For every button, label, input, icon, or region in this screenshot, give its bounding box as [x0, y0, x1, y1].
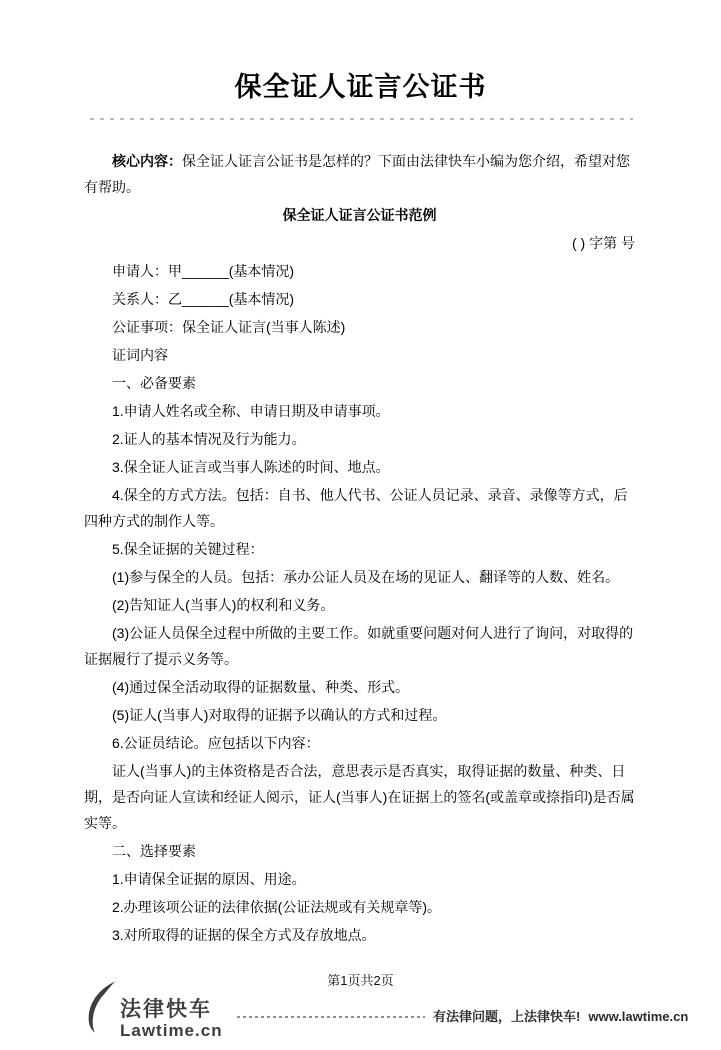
doc-paragraph: ( ) 字第 号: [84, 230, 635, 256]
footer-slogan-text: 有法律问题，上法律快车!: [433, 1009, 580, 1024]
doc-paragraph: 公证事项：保全证人证言(当事人陈述): [84, 314, 635, 340]
paragraph-lead: 核心内容：: [112, 153, 182, 169]
doc-paragraph: 2.证人的基本情况及行为能力。: [84, 426, 635, 452]
logo-name-en: Lawtime.cn: [120, 1021, 223, 1040]
document-page: 保全证人证言公证书 核心内容：保全证人证言公证书是怎样的？下面由法律快车小编为您…: [0, 0, 721, 1050]
page-footer: 第1页共2页 法律快车 Lawtime.cn 有法律问题，上法律快车!www.l…: [0, 970, 721, 1050]
doc-paragraph: 5.保全证据的关键过程：: [84, 536, 635, 562]
doc-paragraph: (2)告知证人(当事人)的权利和义务。: [84, 592, 635, 618]
doc-paragraph: 2.办理该项公证的法律依据(公证法规或有关规章等)。: [84, 894, 635, 920]
doc-paragraph: 关系人：乙______(基本情况): [84, 286, 635, 312]
doc-paragraph: 二、选择要素: [84, 838, 635, 864]
doc-paragraph: 1.申请保全证据的原因、用途。: [84, 866, 635, 892]
doc-paragraph: 3.保全证人证言或当事人陈述的时间、地点。: [84, 454, 635, 480]
doc-paragraph: 1.申请人姓名或全称、申请日期及申请事项。: [84, 398, 635, 424]
doc-paragraph: (1)参与保全的人员。包括：承办公证人员及在场的见证人、翻译等的人数、姓名。: [84, 564, 635, 590]
doc-paragraph: 保全证人证言公证书范例: [84, 202, 635, 228]
footer-divider: [237, 1016, 425, 1018]
swoosh-icon: [86, 979, 116, 1040]
page-title: 保全证人证言公证书: [0, 0, 721, 104]
doc-paragraph: (5)证人(当事人)对取得的证据予以确认的方式和过程。: [84, 702, 635, 728]
doc-paragraph: (4)通过保全活动取得的证据数量、种类、形式。: [84, 674, 635, 700]
doc-paragraph: (3)公证人员保全过程中所做的主要工作。如就重要问题对何人进行了询问，对取得的证…: [84, 620, 635, 672]
doc-paragraph: 3.对所取得的证据的保全方式及存放地点。: [84, 922, 635, 948]
doc-paragraph: 证人(当事人)的主体资格是否合法，意思表示是否真实，取得证据的数量、种类、日期，…: [84, 758, 635, 836]
doc-paragraph: 申请人：甲______(基本情况): [84, 258, 635, 284]
doc-paragraph: 证词内容: [84, 342, 635, 368]
logo-text: 法律快车 Lawtime.cn: [120, 998, 223, 1040]
footer-url: www.lawtime.cn: [588, 1009, 688, 1024]
logo-name-cn: 法律快车: [120, 998, 223, 1021]
footer-slogan-line: 有法律问题，上法律快车!www.lawtime.cn: [433, 1006, 688, 1025]
doc-paragraph: 核心内容：保全证人证言公证书是怎样的？下面由法律快车小编为您介绍，希望对您有帮助…: [84, 148, 635, 200]
title-divider: [90, 118, 633, 120]
doc-paragraph: 6.公证员结论。应包括以下内容：: [84, 730, 635, 756]
lawtime-logo: 法律快车 Lawtime.cn: [86, 979, 223, 1040]
doc-paragraph: 一、必备要素: [84, 370, 635, 396]
document-body: 核心内容：保全证人证言公证书是怎样的？下面由法律快车小编为您介绍，希望对您有帮助…: [84, 148, 635, 948]
doc-paragraph: 4.保全的方式方法。包括：自书、他人代书、公证人员记录、录音、录像等方式，后四种…: [84, 482, 635, 534]
